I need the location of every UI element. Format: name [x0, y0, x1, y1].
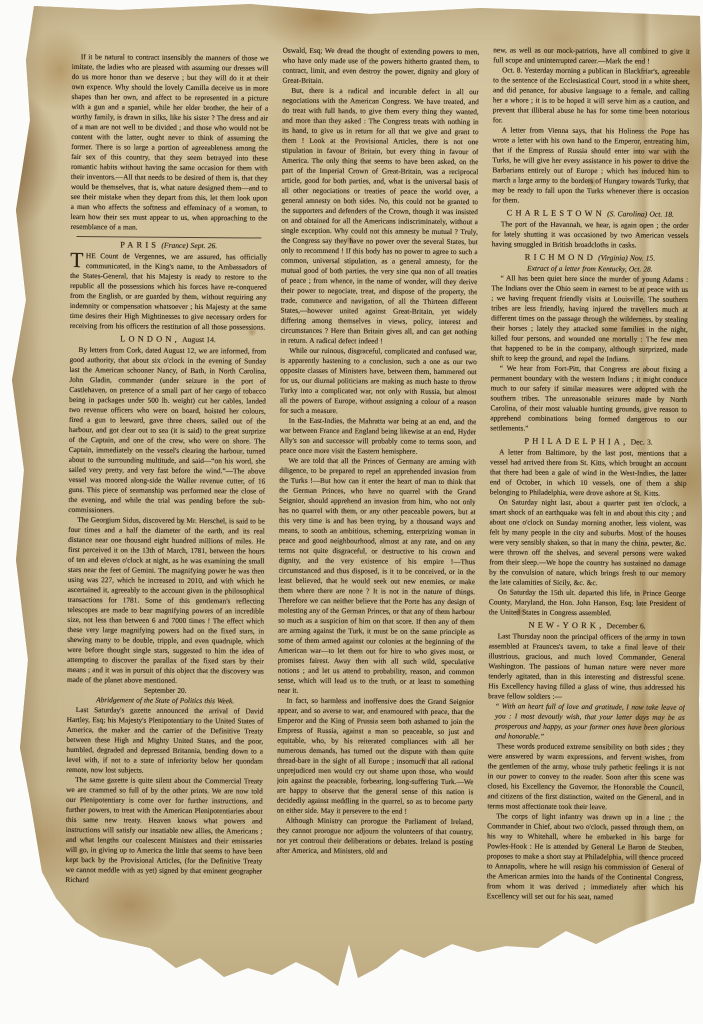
- dateline-richmond: RICHMOND (Virginia) Nov. 15.: [492, 252, 689, 264]
- column-3: new, as well as our mock-patriots, have …: [486, 43, 690, 942]
- article-east-indies: In the East-Indies, the Mahratta war bei…: [279, 416, 476, 458]
- article-commercial-treaty: The same gazette is quite silent about t…: [65, 775, 263, 887]
- article-washington-farewell: Last Thursday noon the principal officer…: [488, 631, 685, 703]
- dateline-paris: PARIS (France) Sept. 26.: [70, 240, 267, 252]
- dateline-london: LONDON, August 14.: [70, 334, 267, 346]
- article-farewell-aftermath: These words produced extreme sensibility…: [487, 741, 684, 813]
- article-oswald-continuation: Oswald, Esq; We dread the thought of ext…: [282, 46, 479, 88]
- article-turkey-war: While our ruinous, disgraceful, complica…: [280, 346, 477, 418]
- article-david-hartley: Last Saturday's gazette announced the ar…: [66, 705, 263, 777]
- dateline-new-york: NEW-YORK, December 6.: [489, 620, 686, 632]
- article-pope-letter: A letter from Vienna says, that his Holi…: [492, 125, 689, 207]
- dateline-charlestown: CHARLESTOWN (S. Carolina) Oct. 18.: [492, 208, 689, 220]
- article-ireland: Although Ministry can prorogue the Parli…: [276, 816, 473, 858]
- article-earthquake: On Saturday night last, about a quarter …: [489, 497, 686, 589]
- essay-on-female-fashion: If it be natural to contract insensibly …: [70, 52, 268, 234]
- article-schooner-nancy: By letters from Cork, dated August 12, w…: [68, 345, 266, 517]
- page-text-area: If it be natural to contract insensibly …: [65, 40, 690, 952]
- article-baltimore-gale: A letter from Baltimore, by the last pos…: [490, 447, 687, 499]
- article-light-infantry: The corps of light infantry was drawn up…: [487, 811, 684, 903]
- dateline-philadelphia: PHILADELPHIA, Dec. 3.: [490, 436, 687, 448]
- article-congress-defect: But, there is a radical and incurable de…: [280, 86, 479, 348]
- article-john-hanson-death: On Saturday the 15th ult. departed this …: [489, 587, 686, 619]
- washington-farewell-quote: “ With an heart full of love and gratitu…: [488, 701, 685, 743]
- article-paris-vergennes: THE Count de Vergennes, we are assured, …: [70, 251, 267, 333]
- column-1: If it be natural to contract insensibly …: [65, 40, 269, 949]
- column-2: Oswald, Esq; We dread the thought of ext…: [276, 42, 480, 943]
- article-havannah-port: The port of the Havannah, we hear, is ag…: [492, 219, 689, 251]
- article-georgium-sidus: The Georgium Sidus, discovered by Mr. He…: [67, 515, 265, 687]
- article-grand-seignior: In fact, so harmless and inoffensive doe…: [277, 696, 475, 818]
- drop-cap: T: [70, 251, 86, 269]
- article-german-princes: We are told that all the Princes of Germ…: [278, 456, 477, 698]
- section-rule: [76, 236, 261, 238]
- article-kentucky-indians: “ All has been quiet here since the murd…: [491, 273, 688, 365]
- article-ireland-continuation: new, as well as our mock-patriots, have …: [493, 45, 690, 67]
- scan-background: If it be natural to contract insensibly …: [0, 0, 703, 1024]
- article-fort-pitt: “ We hear from Fort-Pitt, that Congress …: [490, 363, 687, 435]
- article-publican-penance: Oct. 8. Yesterday morning a publican in …: [493, 65, 690, 127]
